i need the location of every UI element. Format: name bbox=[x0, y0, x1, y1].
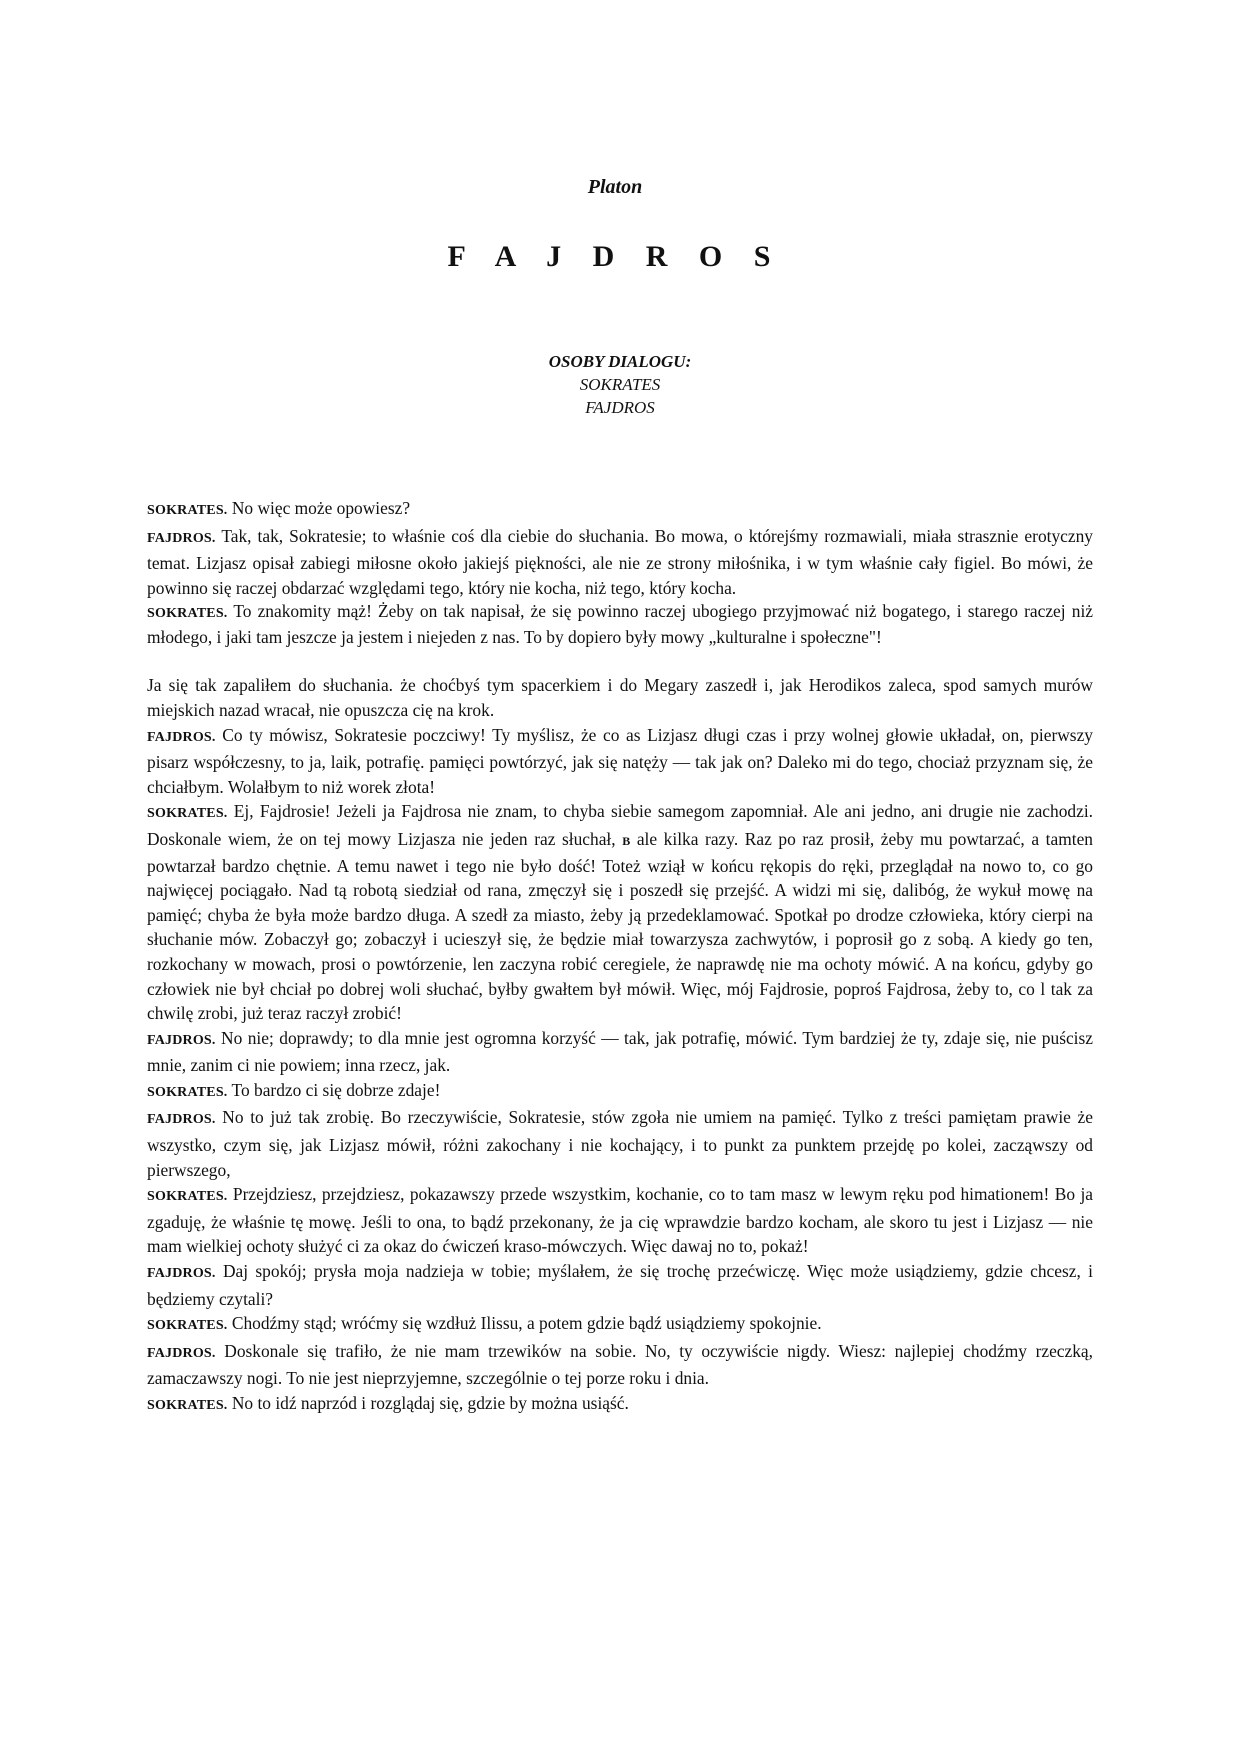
line-text: Chodźmy stąd; wróćmy się wzdłuż Ilissu, … bbox=[228, 1313, 822, 1333]
speaker-label: SOKRATES. bbox=[147, 1398, 228, 1413]
dialogue-line: SOKRATES. Ej, Fajdrosie! Jeżeli ja Fajdr… bbox=[147, 799, 1093, 1025]
speaker-label: FAJDROS. bbox=[147, 1346, 216, 1361]
dialogue-line: SOKRATES. To bardzo ci się dobrze zdaje! bbox=[147, 1078, 1093, 1106]
dialogue-line: SOKRATES. To znakomity mąż! Żeby on tak … bbox=[147, 600, 1093, 649]
speaker-label: SOKRATES. bbox=[147, 503, 228, 518]
speaker-label: SOKRATES. bbox=[147, 1318, 228, 1333]
line-text: ale kilka razy. Raz po raz prosił, żeby … bbox=[147, 829, 1093, 1023]
dialogue-line: SOKRATES. Przejdziesz, przejdziesz, poka… bbox=[147, 1182, 1093, 1259]
speaker-label: SOKRATES. bbox=[147, 806, 228, 821]
line-text: No więc może opowiesz? bbox=[228, 498, 411, 518]
speaker-label: FAJDROS. bbox=[147, 1033, 216, 1048]
dialogue-line: FAJDROS. Tak, tak, Sokratesie; to właśni… bbox=[147, 524, 1093, 601]
line-text: No nie; doprawdy; to dla mnie jest ogrom… bbox=[147, 1028, 1093, 1076]
document-page: Platon F A J D R O S OSOBY DIALOGU: SOKR… bbox=[0, 0, 1240, 1754]
dialogue-line: FAJDROS. Co ty mówisz, Sokratesie poczci… bbox=[147, 723, 1093, 800]
line-text: No to idź naprzód i rozglądaj się, gdzie… bbox=[228, 1393, 629, 1413]
dialogue-line: SOKRATES. No więc może opowiesz? bbox=[147, 496, 1093, 524]
line-text: Co ty mówisz, Sokratesie poczciwy! Ty my… bbox=[147, 725, 1093, 797]
persons-heading: OSOBY DIALOGU: bbox=[0, 350, 1240, 373]
dialogue-line: FAJDROS. Doskonale się trafiło, że nie m… bbox=[147, 1339, 1093, 1391]
line-text: Przejdziesz, przejdziesz, pokazawszy prz… bbox=[147, 1184, 1093, 1256]
line-text: No to już tak zrobię. Bo rzeczywiście, S… bbox=[147, 1107, 1093, 1179]
dialogue-line: SOKRATES. No to idź naprzód i rozglądaj … bbox=[147, 1391, 1093, 1419]
dialogue-body: SOKRATES. No więc może opowiesz? FAJDROS… bbox=[147, 496, 1093, 1419]
speaker-label: FAJDROS. bbox=[147, 1112, 216, 1127]
dramatis-personae: OSOBY DIALOGU: SOKRATES FAJDROS bbox=[0, 350, 1240, 419]
line-text: Ja się tak zapaliłem do słuchania. że ch… bbox=[147, 675, 1093, 720]
speaker-label: FAJDROS. bbox=[147, 531, 216, 546]
person-fajdros: FAJDROS bbox=[0, 396, 1240, 419]
dialogue-line: FAJDROS. No nie; doprawdy; to dla mnie j… bbox=[147, 1026, 1093, 1078]
speaker-label: SOKRATES. bbox=[147, 606, 228, 621]
author-name: Platon bbox=[0, 176, 1230, 199]
line-text: Tak, tak, Sokratesie; to właśnie coś dla… bbox=[147, 526, 1093, 598]
person-sokrates: SOKRATES bbox=[0, 373, 1240, 396]
document-title: F A J D R O S bbox=[0, 240, 1230, 274]
speaker-label: FAJDROS. bbox=[147, 1266, 216, 1281]
speaker-label: SOKRATES. bbox=[147, 1085, 228, 1100]
dialogue-line: FAJDROS. Daj spokój; prysła moja nadziej… bbox=[147, 1259, 1093, 1311]
speaker-label: FAJDROS. bbox=[147, 730, 216, 745]
line-text: To znakomity mąż! Żeby on tak napisał, ż… bbox=[147, 601, 1093, 647]
line-text: Doskonale się trafiło, że nie mam trzewi… bbox=[147, 1341, 1093, 1389]
dialogue-line: SOKRATES. Chodźmy stąd; wróćmy się wzdłu… bbox=[147, 1311, 1093, 1339]
dialogue-line: Ja się tak zapaliłem do słuchania. że ch… bbox=[147, 673, 1093, 722]
line-text: Daj spokój; prysła moja nadzieja w tobie… bbox=[147, 1261, 1093, 1309]
speaker-label: SOKRATES. bbox=[147, 1189, 228, 1204]
line-text: To bardzo ci się dobrze zdaje! bbox=[228, 1080, 441, 1100]
dialogue-line: FAJDROS. No to już tak zrobię. Bo rzeczy… bbox=[147, 1105, 1093, 1182]
